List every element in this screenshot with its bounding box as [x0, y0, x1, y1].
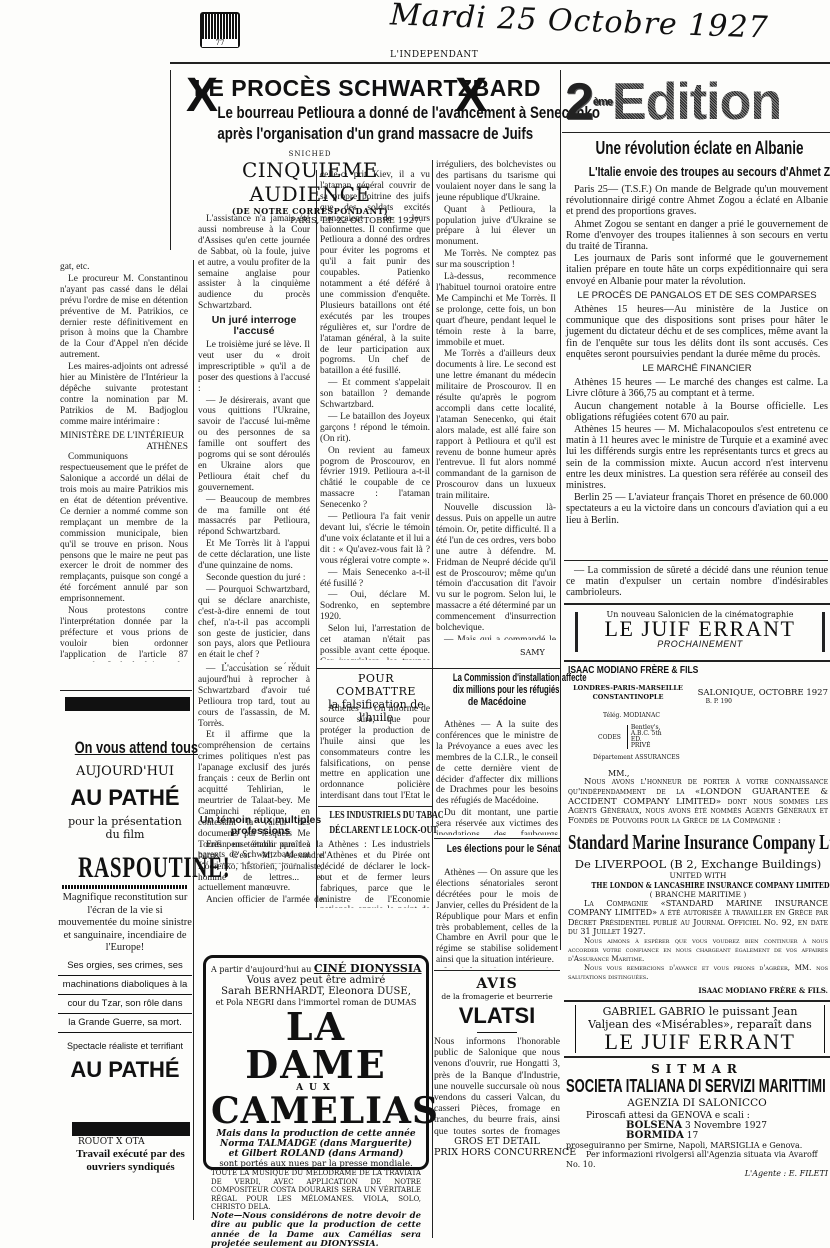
- pathe-line-2: AUJOURD'HUI: [58, 764, 192, 779]
- modiano-branch: ( BRANCHE MARITIME ): [568, 890, 828, 899]
- modiano-letter-2: La Compagnie «STANDARD MARINE INSURANCE …: [568, 899, 828, 937]
- union-label: ROUOT X OTA: [78, 1137, 145, 1147]
- vlatsi-closing-1: GROS ET DETAIL: [434, 1136, 560, 1147]
- dionyssia-line-6: et Gilbert ROLAND (dans Armand): [211, 1149, 421, 1159]
- dionyssia-note: Note—Nous considérons de notre devoir de…: [211, 1212, 421, 1248]
- tabac-header: LES INDUSTRIELS DU TABAC DÉCLARENT LE LO…: [318, 810, 432, 836]
- sitmar-route: proseguiranno per Smirne, Napoli, MARSIG…: [566, 1141, 828, 1150]
- place-date: SALONIQUE, OCTOBRE 1927: [698, 688, 828, 698]
- modiano-firm: ISAAC MODIANO FRÈRE & FILS: [568, 665, 789, 676]
- paragraph: Quant à Petlioura, la population juive d…: [436, 205, 556, 249]
- cities-line-1: LONDRES-PARIS-MARSEILLE: [568, 684, 688, 693]
- film-title-1: LA DAME: [211, 1008, 421, 1084]
- paragraph: Athènes — A la suite des conférences que…: [436, 720, 558, 807]
- paragraph: Athènes — On assure que les élections sé…: [436, 868, 558, 966]
- paragraph: On revient au fameux pogrom de Proscouro…: [320, 446, 430, 511]
- cross-mark-right: X: [455, 68, 487, 123]
- paragraph: — Je désirerais, avant que vous quittion…: [198, 396, 310, 494]
- highlight-line: machinations diaboliques à la: [58, 976, 192, 995]
- huile-title-1: POUR COMBATTRE: [320, 672, 432, 698]
- dionyssia-line-8: TOUTE LA MUSIQUE DU MÉLODRAME DE LA TRAV…: [211, 1169, 421, 1212]
- marche-title: LE MARCHÉ FINANCIER: [566, 363, 828, 374]
- column-divider: [316, 170, 317, 670]
- section-rule: [434, 838, 560, 839]
- section-rule: [60, 690, 192, 691]
- paragraph: Les journaux de Paris sont informé que l…: [566, 253, 828, 287]
- article-col-2: celle-ci prit Kiev, il a vu l'ataman gén…: [320, 170, 430, 660]
- section-rule: [562, 132, 830, 133]
- section-rule: [316, 668, 560, 669]
- cities-line-2: CONSTANTINOPLE: [568, 693, 688, 702]
- ship-date: 3 Novembre 1927: [685, 1121, 767, 1131]
- pathe-line-3: AU PATHÉ: [58, 785, 192, 811]
- dionyssia-line-7: sont portés aux nues par la presse mondi…: [211, 1159, 421, 1169]
- senat-body: Athènes — On assure que les élections sé…: [436, 868, 558, 968]
- column-divider-right: [560, 70, 561, 950]
- dionyssia-intro: A partir d'aujourd'hui au CINÉ DIONYSSIA: [211, 962, 421, 975]
- paragraph: Athènes 15 heures — Le marché des change…: [566, 377, 828, 399]
- albanie-headline: Une révolution éclate en Albanie: [596, 138, 797, 159]
- refugies-title-3: de Macédoine: [447, 696, 548, 708]
- paragraph: Là-dessus, recommence l'habituel tournoi…: [436, 272, 556, 348]
- modiano-location: De LIVERPOOL (B 2, Exchange Buildings): [568, 857, 828, 871]
- refugies-title-2: dix millions pour les réfugiés: [453, 684, 541, 696]
- cross-mark-left: X: [186, 68, 218, 123]
- paragraph: Ancien officier de l'armée de Petlioura,…: [198, 895, 323, 902]
- highlight-line: cour du Tzar, son rôle dans: [58, 995, 192, 1014]
- codes-value: Bentley's, A.B.C. 5th ED. PRIVÉ: [627, 725, 663, 749]
- film-title: RASPOUTINE!: [78, 851, 172, 885]
- sitmar-name: SITMAR: [566, 1062, 828, 1076]
- paragraph: Communiquons respectueusement que le pré…: [60, 452, 188, 605]
- vlatsi-ad: AVIS de la fromagerie et beurrerie VLATS…: [434, 976, 560, 1158]
- refugies-title-1: La Commission d'installation affecte: [453, 672, 541, 684]
- signature: SAMY: [520, 648, 545, 657]
- juif-errant-title: LE JUIF ERRANT: [578, 619, 822, 639]
- dionyssia-line-5: Norma TALMADGE (dans Marguerite): [211, 1139, 421, 1149]
- article-col-1: L'assistance n'a jamais été aussi nombre…: [198, 214, 310, 664]
- sitmar-agency: AGENZIA DI SALONICCO: [566, 1097, 828, 1109]
- union-banner-bar: [72, 1122, 190, 1136]
- section-rule: [564, 660, 830, 662]
- paragraph: — La commission de sûreté a décidé dans …: [566, 565, 828, 599]
- left-column-news: gat, etc. Le procureur M. Constantinou n…: [60, 262, 188, 662]
- pathe-line-1: On vous attend tous: [75, 738, 176, 758]
- cinema-name: CINÉ DIONYSSIA: [314, 962, 422, 975]
- paragraph: — Mais Senecenko a-t-il été fusillé ?: [320, 568, 430, 590]
- address-line-1: MINISTÈRE DE L'INTÉRIEUR: [60, 431, 188, 442]
- ship-date: 17: [687, 1131, 698, 1141]
- paragraph: Me Torrès a d'ailleurs deux documents à …: [436, 349, 556, 502]
- vlatsi-subtitle: de la fromagerie et beurrerie: [434, 992, 560, 1001]
- dionyssia-line-4: Mais dans la production de cette année: [211, 1129, 421, 1139]
- decorative-rule: [477, 1032, 517, 1033]
- border-left: [170, 70, 171, 250]
- section-rule: [564, 560, 828, 561]
- masthead: L'INDEPENDANT: [390, 50, 478, 60]
- paragraph: — L'accusation se réduit aujourd'hui à r…: [198, 664, 310, 729]
- pangalos-title: LE PROCÈS DE PANGALOS ET DE SES COMPARSE…: [566, 290, 828, 301]
- modiano-place-date: SALONIQUE, OCTOBRE 1927 B. P. 190: [698, 684, 828, 705]
- paragraph: Ahmet Zogou se sentant en danger a prié …: [566, 219, 828, 253]
- paragraph: Berlin 25 — L'aviateur français Thoret e…: [566, 492, 828, 526]
- senat-title: Les élections pour le Sénat: [447, 843, 548, 855]
- film-description: Magnifique reconstitution sur l'écran de…: [58, 892, 192, 955]
- sitmar-agent: L'Agente : E. FILETI: [566, 1169, 828, 1178]
- pathe-line-4: pour la présentation: [58, 815, 192, 828]
- dionyssia-line-1: Vous avez peut être admiré: [211, 975, 421, 986]
- paragraph: Aucun changement notable à la Bourse off…: [566, 401, 828, 423]
- paragraph: Athènes 15 heures—Au ministère de la Jus…: [566, 304, 828, 360]
- modiano-telegraph: Télég. MODIANAC: [603, 712, 828, 719]
- modiano-signature: ISAAC MODIANO FRÈRE & FILS.: [568, 986, 828, 995]
- section-rule: [564, 603, 830, 605]
- banner-title: LE PROCÈS SCHWARTZBARD: [175, 75, 560, 102]
- film-title-2: CAMELIAS: [211, 1093, 421, 1129]
- paragraph: — Pourquoi Schwartzbard, qui se déclare …: [198, 585, 310, 661]
- huile-body: Athènes — On informe de source sûre, que…: [320, 704, 430, 799]
- paragraph: Seconde question du juré :: [198, 573, 310, 584]
- po-box: B. P. 190: [698, 698, 828, 705]
- refugies-body: Athènes — A la suite des conférences que…: [436, 720, 558, 835]
- dionyssia-ad: A partir d'aujourd'hui au CINÉ DIONYSSIA…: [203, 955, 429, 1170]
- article-col-3: irréguliers, des bolchevistes ou des par…: [436, 160, 556, 640]
- ad-banner-bar: [65, 697, 190, 711]
- paragraph: irréguliers, des bolchevistes ou des par…: [436, 160, 556, 204]
- section-rule: [564, 1000, 830, 1002]
- modiano-partner: THE LONDON & LANCASHIRE INSURANCE COMPAN…: [591, 880, 804, 890]
- surete-body: — La commission de sûreté a décidé dans …: [566, 565, 828, 600]
- paragraph: gat, etc.: [60, 262, 188, 273]
- masthead-rule: [170, 62, 830, 64]
- modiano-letter-4: Nous vous remercions d'avance et vous pr…: [568, 964, 828, 982]
- stamp-label: 77: [202, 39, 238, 47]
- paragraph: — Le bataillon des Joyeux garçons ! répo…: [320, 412, 430, 445]
- tabac-body: Athènes : Les industriels d'Athènes et d…: [320, 840, 430, 908]
- paragraph: celle-ci prit Kiev, il a vu l'ataman gén…: [320, 170, 430, 377]
- tabac-title-1: LES INDUSTRIELS DU TABAC: [329, 810, 420, 821]
- headline-2: après l'organisation d'un grand massacre…: [217, 123, 517, 144]
- section-rule: [564, 1056, 830, 1058]
- film-highlights: Ses orgies, ses crimes, ses machinations…: [58, 957, 192, 1033]
- column-divider: [432, 668, 433, 1238]
- modiano-ad: ISAAC MODIANO FRÈRE & FILS LONDRES-PARIS…: [568, 665, 828, 995]
- modiano-department: Département ASSURANCES: [593, 754, 828, 761]
- paragraph: — Oui, déclare M. Sodrenko, en septembre…: [320, 590, 430, 623]
- paragraph: Du dit montant, une partie sera réservée…: [436, 808, 558, 835]
- vlatsi-avis: AVIS: [434, 976, 560, 992]
- paragraph: Les informations en question sont transm…: [436, 967, 558, 968]
- modiano-company: Standard Marine Insurance Company Ltd.: [568, 830, 755, 855]
- modiano-united: UNITED WITH: [568, 871, 828, 880]
- address-line-2: ATHÈNES: [60, 442, 188, 453]
- paragraph: Le troisième juré se lève. Il veut user …: [198, 340, 310, 395]
- vlatsi-name: VLATSI: [434, 1003, 560, 1029]
- juif-errant-2-title: LE JUIF ERRANT: [576, 1031, 824, 1053]
- decorative-rule: [62, 885, 188, 889]
- handwritten-date: Mardi 25 Octobre 1927: [390, 0, 770, 46]
- small-label: SNICHED: [190, 150, 430, 158]
- codes-label: CODES: [598, 734, 621, 741]
- edition-banner: 2èmeEdition: [565, 72, 830, 132]
- union-text: Travail exécuté par des ouvriers syndiqu…: [68, 1148, 193, 1174]
- paragraph: Nouvelle discussion là-dessus. Puis on a…: [436, 503, 556, 634]
- modiano-codes: CODES Bentley's, A.B.C. 5th ED. PRIVÉ: [598, 725, 828, 749]
- pathe-line-5: du film: [58, 828, 192, 841]
- vlatsi-closing-2: PRIX HORS CONCURRENCE: [434, 1147, 560, 1158]
- refugies-header: La Commission d'installation affecte dix…: [434, 672, 560, 708]
- sitmar-ad: SITMAR SOCIETA ITALIANA DI SERVIZI MARIT…: [566, 1062, 828, 1178]
- paragraph: Me Torrès. Ne comptez pas sur ma souscri…: [436, 249, 556, 271]
- paragraph: Paris 25— (T.S.F.) On mande de Belgrade …: [566, 184, 828, 218]
- paragraph: Selon lui, l'arrestation de cet ataman n…: [320, 624, 430, 660]
- modiano-letter-3: Nous aimons à espérer que vous voudrez b…: [568, 937, 828, 964]
- paragraph: Athènes : Les industriels d'Athènes et d…: [320, 840, 430, 908]
- column-divider: [432, 160, 433, 670]
- paragraph: — Mais qui a commandé le pogrom ? demand…: [436, 635, 556, 640]
- postage-stamp: 77: [200, 12, 240, 48]
- paragraph: — Petlioura l'a fait venir devant lui, s…: [320, 512, 430, 567]
- paragraph: Nous protestons contre l'interprétation …: [60, 606, 188, 662]
- sitmar-ship-2: BORMIDA 17: [626, 1131, 828, 1141]
- edition-number: 2: [565, 73, 593, 131]
- dionyssia-line-2: Sarah BERNHARDT, Eleonora DUSE,: [211, 986, 421, 997]
- column-divider: [316, 668, 317, 908]
- paragraph: Athènes 15 heures — M. Michalacopoulos s…: [566, 424, 828, 491]
- paragraph: Athènes — On informe de source sûre, que…: [320, 704, 430, 799]
- tabac-title-2: DÉCLARENT LE LOCK-OUT: [329, 825, 420, 836]
- highlight-line: la Grande Guerre, sa mort.: [58, 1014, 192, 1033]
- vlatsi-body: Nous informons l'honorable public de Sal…: [434, 1036, 560, 1136]
- juif-errant-2-line-1: GABRIEL GABRIO le puissant Jean: [576, 1005, 824, 1018]
- sitmar-intro: Piroscafi attesi da GENOVA e scali :: [586, 1111, 828, 1121]
- pathe-closing: AU PATHÉ: [58, 1057, 192, 1083]
- section-rule: [318, 806, 432, 807]
- albanie-body: Paris 25— (T.S.F.) On mande de Belgrade …: [566, 184, 828, 527]
- intro-text: A partir d'aujourd'hui au: [211, 965, 311, 974]
- edition-word: Edition: [612, 73, 781, 131]
- section-rule: [434, 970, 560, 971]
- ship-name: BORMIDA: [626, 1130, 684, 1141]
- paragraph: Le procureur M. Constantinou n'ayant pas…: [60, 274, 188, 361]
- juif-errant-ad-2: GABRIEL GABRIO le puissant Jean Valjean …: [575, 1005, 825, 1053]
- albanie-subhead: L'Italie envoie des troupes au secours d…: [589, 164, 803, 179]
- sitmar-company: SOCIETA ITALIANA DI SERVIZI MARITTIMI: [566, 1076, 755, 1097]
- subhead-jure: Un juré interroge l'accusé: [198, 315, 310, 337]
- intro-paragraph: L'assistance n'a jamais été aussi nombre…: [198, 214, 310, 312]
- paragraph: — Et comment s'appelait son bataillon ? …: [320, 378, 430, 411]
- sitmar-info: Per informazioni rivolgersi all'Agenzia …: [566, 1150, 828, 1169]
- film-tagline: Spectacle réaliste et terrifiant: [58, 1041, 192, 1051]
- edition-sup: ème: [593, 96, 612, 108]
- paragraph: — Beaucoup de membres de ma famille ont …: [198, 495, 310, 539]
- paragraph: Les maires-adjoints ont adressé hier au …: [60, 362, 188, 427]
- modiano-cities: LONDRES-PARIS-MARSEILLE CONSTANTINOPLE: [568, 684, 688, 705]
- schwartzbard-banner: LE PROCÈS SCHWARTZBARD Le bourreau Petli…: [175, 75, 560, 144]
- highlight-line: Ses orgies, ses crimes, ses: [58, 957, 192, 976]
- subhead-temoin: Un témoin aux multiples professions: [198, 815, 323, 837]
- paragraph: Et Me Torrès lit à l'appui de cette décl…: [198, 539, 310, 572]
- juif-errant-ad-1: Un nouveau Salonicien de la cinématograp…: [575, 612, 825, 652]
- modiano-letter: Nous avons l'honneur de porter à votre c…: [568, 778, 828, 827]
- pathe-ad: On vous attend tous AUJOURD'HUI AU PATHÉ…: [58, 738, 192, 1083]
